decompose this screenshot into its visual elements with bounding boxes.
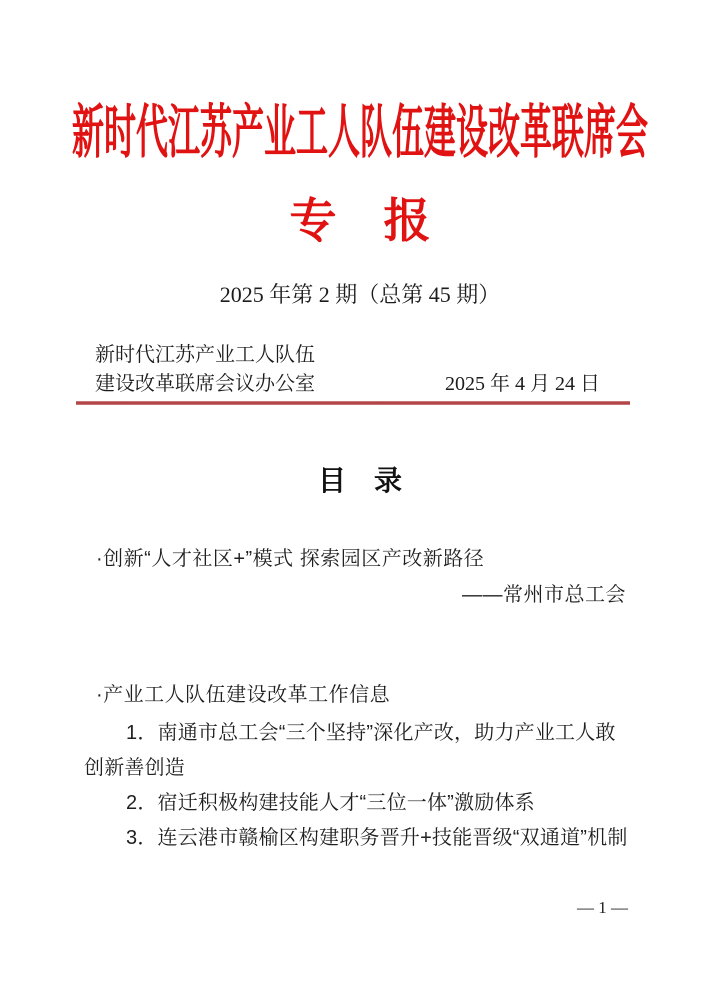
bulletin-main-title: 新时代江苏产业工人队伍建设改革联席会: [0, 103, 720, 161]
toc-item-line: 3．连云港市赣榆区构建职务晋升+技能晋级“双通道”机制: [84, 821, 640, 856]
page-number: — 1 —: [577, 898, 628, 918]
bulletin-subtitle: 专 报: [0, 199, 720, 246]
issue-date: 2025 年 4 月 24 日: [445, 370, 600, 398]
issue-number-line: 2025 年第 2 期（总第 45 期）: [0, 280, 720, 310]
toc-entry: ·产业工人队伍建设改革工作信息 1．南通市总工会“三个坚持”深化产改，助力产业工…: [84, 682, 640, 856]
issuer-line-2: 建设改革联席会议办公室: [95, 370, 315, 399]
bulletin-page: 新时代江苏产业工人队伍建设改革联席会 专 报 2025 年第 2 期（总第 45…: [0, 0, 720, 981]
toc-body: ·创新“人才社区+”模式 探索园区产改新路径 ——常州市总工会 ·产业工人队伍建…: [84, 546, 640, 856]
toc-item-list: 1．南通市总工会“三个坚持”深化产改，助力产业工人敢 创新善创造 2．宿迁积极构…: [84, 716, 640, 856]
toc-entry-title: ·产业工人队伍建设改革工作信息: [84, 682, 640, 708]
toc-entry-title: ·创新“人才社区+”模式 探索园区产改新路径: [84, 546, 640, 572]
issuer-block: 新时代江苏产业工人队伍 建设改革联席会议办公室: [95, 341, 315, 399]
toc-item-line-continuation: 创新善创造: [84, 751, 640, 786]
toc-entry-attribution: ——常州市总工会: [84, 582, 640, 608]
toc-entry: ·创新“人才社区+”模式 探索园区产改新路径 ——常州市总工会: [84, 546, 640, 608]
toc-item-line: 1．南通市总工会“三个坚持”深化产改，助力产业工人敢: [84, 716, 640, 751]
toc-heading: 目 录: [0, 464, 720, 500]
issuer-line-1: 新时代江苏产业工人队伍: [95, 341, 315, 370]
toc-item-line: 2．宿迁积极构建技能人才“三位一体”激励体系: [84, 786, 640, 821]
masthead-divider-rule: [76, 401, 630, 405]
